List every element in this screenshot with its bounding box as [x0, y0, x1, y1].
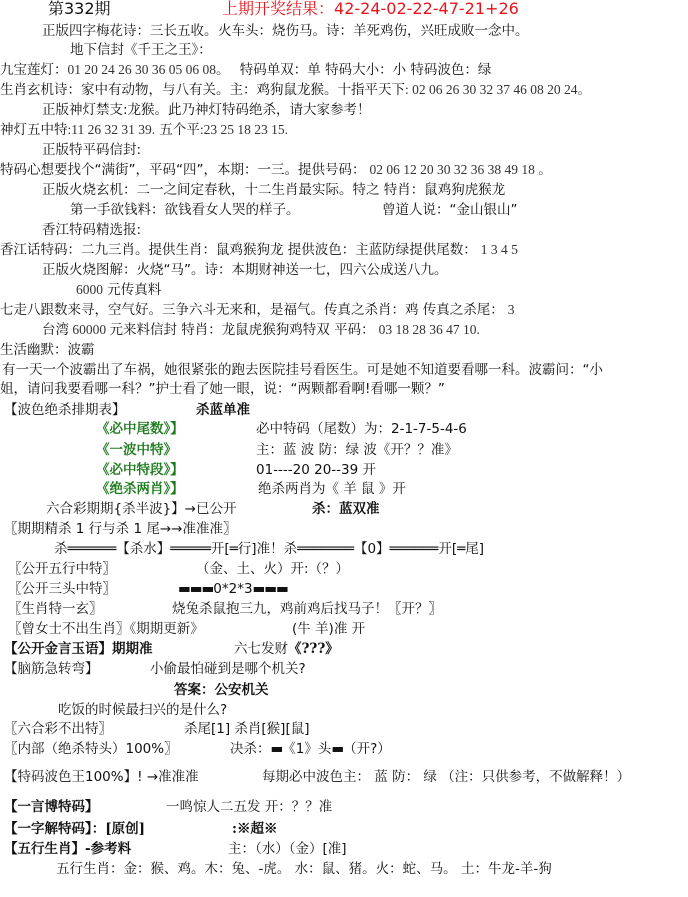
zodiac-mystery-value: 烧兔杀鼠抱三九，鸡前鸡后找马子！〖开？〗 [172, 600, 442, 618]
wave-value-two-zodiac: 绝杀两肖为《 羊 鼠 》开 [258, 480, 406, 498]
nine-treasure-lamp: 九宝莲灯：01 20 24 26 30 36 05 06 08。 特码单双：单 … [0, 61, 491, 79]
bar-icon: ▬ [331, 741, 343, 757]
wave-value-segment: 01----20 20--39 开 [256, 461, 376, 479]
wave-value-one-wave: 主：蓝 波 防：绿 波《开？？准》 [256, 441, 458, 459]
riddle-label: 【脑筋急转弯】 [4, 660, 99, 678]
three-heads-label: 〖公开三头中特〗 [8, 580, 116, 598]
ms-zeng-label: 〖曾女士不出生肖〗《期期更新》 [8, 620, 204, 638]
plum-poem: 正版四字梅花诗：三长五收。 [42, 22, 218, 40]
riddle-answer: 答案：公安机关 [174, 681, 269, 699]
no-special-label: 〖六合彩不出特〗 [4, 720, 112, 738]
kill-water-line: 杀══════【杀水】═════开[═行]准！杀═══════【0】══════… [54, 540, 484, 558]
xiangjiang-talk: 香江话特码：二九三肖。提供生肖：鼠鸡猴狗龙 提供波色：主蓝防绿提供尾数：1 3 … [0, 241, 518, 259]
train-head: 火车头：烧伤马。诗：羊死鸡伤，兴旺成败一念中。 [218, 22, 529, 40]
wave-label-one-wave: 《一波中特》 [96, 441, 177, 459]
wave-value-tail: 必中特码（尾数）为：2-1-7-5-4-6 [256, 420, 467, 438]
last-result-numbers: 42-24-02-22-47-21+26 [334, 0, 519, 18]
golden-words-value: 六七发财《???》 [234, 640, 339, 658]
no-special-value: 杀尾[1] 杀肖[猴][鼠] [184, 720, 309, 738]
wave-table-title: 【波色绝杀排期表】 [4, 401, 126, 419]
one-char-value: :※超※ [232, 820, 277, 838]
humor-text-1: 有一天一个波霸出了车祸，她很紧张的跑去医院挂号看医生。可是她不知道要看哪一科。波… [2, 361, 603, 379]
five-elements-label: 〖公开五行中特〗 [8, 560, 116, 578]
wave-label-segment: 《必中特段》】 [96, 461, 184, 479]
five-elements-value: （金、土、火）开:（？） [196, 560, 349, 578]
five-element-zodiac-label: 【五行生肖】-参考料 [4, 840, 131, 858]
xiangjiang-report: 香江特码精选报: [42, 221, 141, 239]
one-word-label: 【一言博特码】 [4, 798, 99, 816]
last-result-label: 上期开奖结果： [222, 0, 334, 18]
one-char-label: 【一字解特码】：[原创] [4, 820, 145, 838]
humor-title: 生活幽默：波霸 [0, 341, 95, 359]
riddle-question: 小偷最怕碰到是哪个机关? [150, 660, 306, 678]
taoist-says: 曾道人说：“金山银山” [382, 201, 518, 219]
three-heads-value: ▬▬▬0*2*3▬▬▬ [178, 580, 288, 598]
internal-kill-label: 〖内部（绝杀特头）100%〗 [4, 740, 178, 758]
wave-table-verdict: 杀蓝单准 [196, 401, 250, 419]
golden-words-label: 【公开金言玉语】期期准 [4, 640, 153, 658]
flat-code-envelope: 正版特平码信封: [42, 141, 141, 159]
one-word-value: 一鸣惊人二五发 开：？？准 [166, 798, 332, 816]
bar-icon: ▬▬▬ [178, 581, 213, 597]
internal-kill-value: 决杀：▬《1》头▬（开?） [230, 740, 391, 758]
issue-number: 第332期 [48, 0, 111, 18]
zodiac-mystery-label: 〖生肖特一玄〗 [8, 600, 103, 618]
fire-diagram: 正版火烧图解：火烧“马”。诗：本期财神送一七，四六公成送八九。 [42, 261, 448, 279]
underground-envelope: 地下信封《千王之王》： [70, 41, 212, 59]
fire-mystery: 正版火烧玄机：二一之间定春秋，十二生肖最实际。特之 特肖：鼠鸡狗虎猴龙 [42, 181, 505, 199]
wave-label-tail: 《必中尾数》】 [96, 420, 184, 438]
wave-king: 【特码波色王100%】! →准准准 [4, 768, 199, 786]
seven-eight-poem: 七走八跟数来寻，空气好。三争六斗无来和，是福气。传真之杀肖：鸡 传真之杀尾：3 [0, 301, 515, 319]
bar-icon: ▬▬▬ [253, 581, 288, 597]
five-element-zodiac-list: 五行生肖：金：猴、鸡。木：兔、-虎。 水：鼠、猪。火：蛇、马。 土：牛龙-羊-狗 [56, 860, 552, 878]
lamp-five: 神灯五中特:11 26 32 31 39. 五个平:23 25 18 23 15… [0, 121, 288, 139]
fax-material: 6000 元传真料 [76, 281, 161, 299]
half-wave-kill: 六合彩期期{杀半波}】→已公开 [46, 500, 237, 518]
riddle-question-2: 吃饭的时候最扫兴的是什么? [58, 701, 227, 719]
first-hand-money: 第一手欲钱料：欲钱看女人哭的样子。 [70, 201, 300, 219]
wave-label-two-zodiac: 《绝杀两肖》】 [96, 480, 184, 498]
five-element-zodiac-value: 主：（水）（金）[准] [228, 840, 347, 858]
bar-icon: ▬ [271, 741, 283, 757]
taiwan-envelope: 台湾 60000 元来料信封 特肖：龙鼠虎猴狗鸡特双 平码：03 18 28 3… [42, 321, 480, 339]
lamp-ban: 正版神灯禁支:龙猴。此乃神灯特码绝杀，请大家参考！ [42, 101, 371, 119]
humor-text-2: 姐，请问我要看哪一科？”护士看了她一眼，说：“两颗都看啊!看哪一颗？” [0, 380, 445, 398]
half-wave-kill-result: 杀：蓝双准 [312, 500, 380, 518]
ms-zeng-value: (牛 羊)准 开 [292, 620, 365, 638]
last-result: 上期开奖结果：42-24-02-22-47-21+26 [222, 0, 519, 18]
special-code-wish: 特码心想要找个“满街”，平码“四”，本期：一三。提供号码：02 06 12 20… [0, 161, 552, 179]
wave-king-value: 每期必中波色主： 蓝 防： 绿 （注：只供参考，不做解释！） [262, 768, 630, 786]
zodiac-poem: 生肖玄机诗：家中有动物，与八有关。主：鸡狗鼠龙猴。十指平天下: 02 06 26… [0, 81, 591, 99]
precise-kill: 〖期期精杀 1 行与杀 1 尾→→准准准〗 [4, 520, 236, 538]
